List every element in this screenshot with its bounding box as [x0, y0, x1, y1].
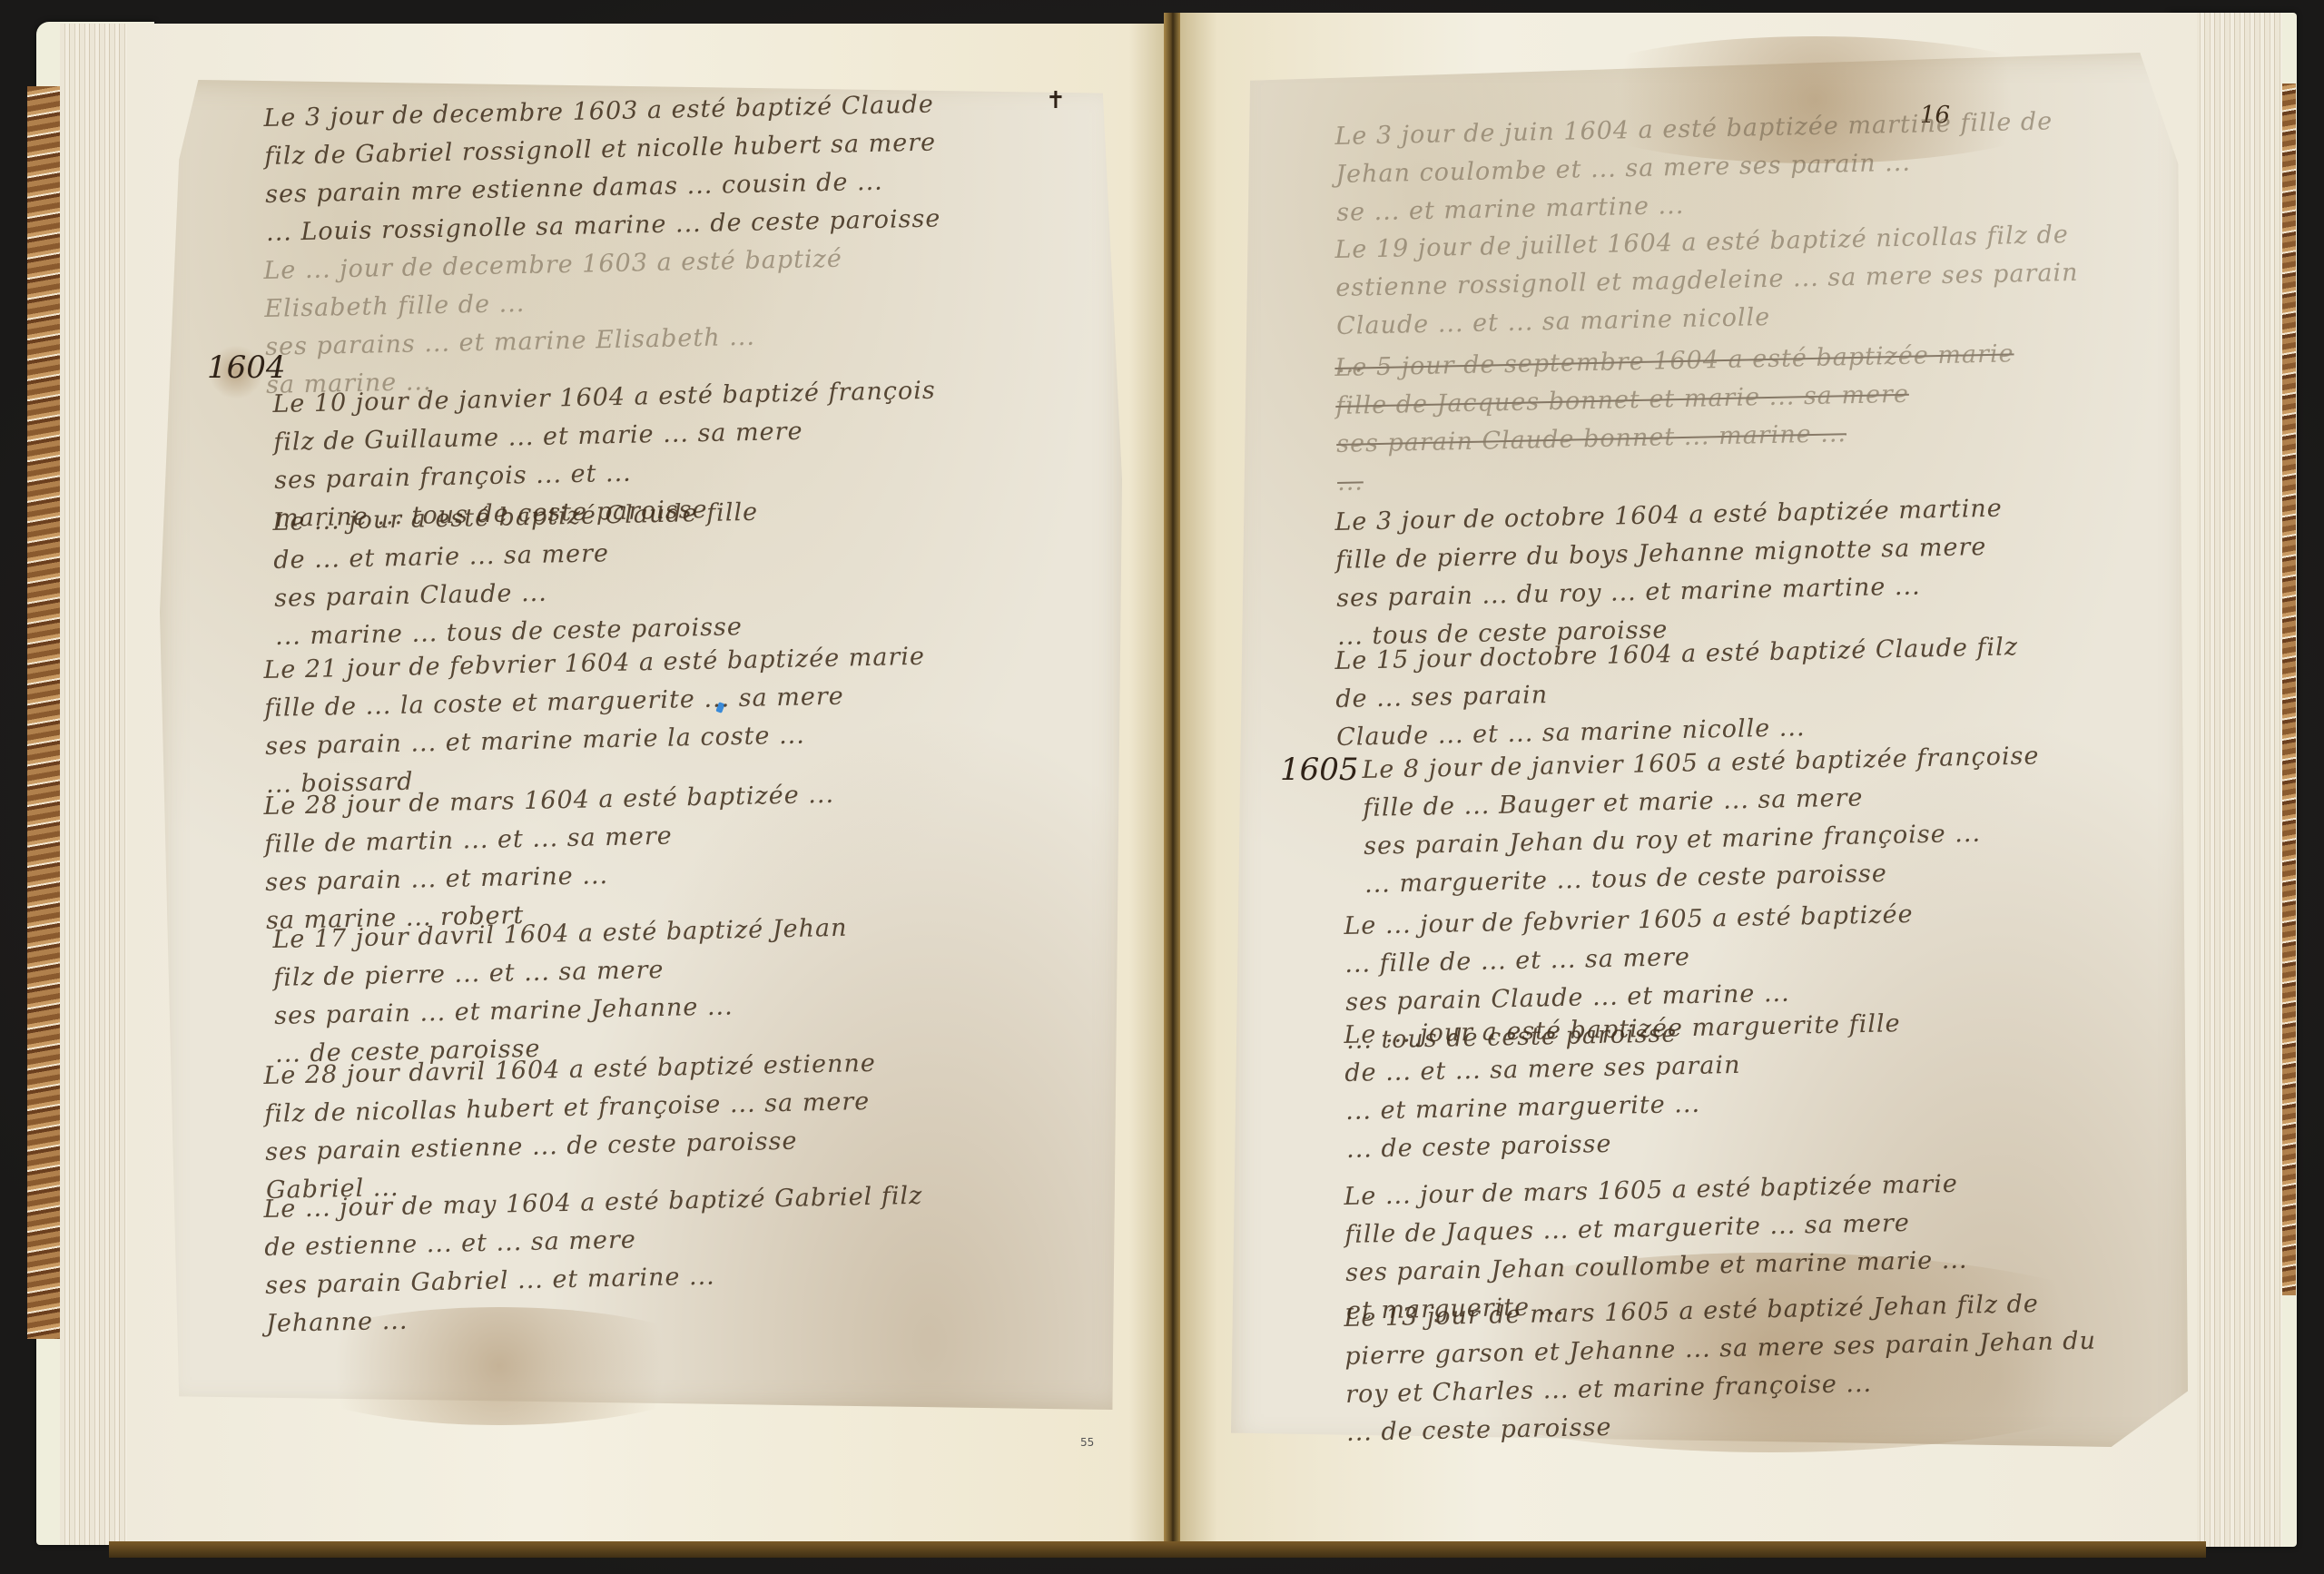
- register-entry: Le 3 jour de decembre 1603 a esté baptiz…: [263, 83, 1083, 252]
- book-bottom-edge: [109, 1541, 2206, 1558]
- book-gutter: [1164, 13, 1180, 1550]
- register-entry: Le 8 jour de janvier 1605 a esté baptizé…: [1362, 734, 2181, 904]
- pencil-page-number: 55: [1080, 1436, 1094, 1449]
- page-stack-right: [2195, 13, 2282, 1547]
- register-entry: Le ... jour a esté baptizée marguerite f…: [1344, 999, 2163, 1169]
- register-entry: Le 13 jour de mars 1605 a esté baptizé J…: [1344, 1283, 2163, 1452]
- register-entry: Le ... jour a esté baptizé Claude fille …: [272, 487, 1092, 656]
- register-entry: Le ... jour de may 1604 a esté baptizé G…: [263, 1174, 1083, 1343]
- register-entry-crossed-out: Le 5 jour de septembre 1604 a esté bapti…: [1334, 332, 2172, 502]
- marbled-endpaper-left: [27, 86, 60, 1339]
- margin-year-1605: 1605: [1280, 752, 1359, 788]
- register-entry: Le 3 jour de juin 1604 a esté baptizée m…: [1334, 101, 2171, 232]
